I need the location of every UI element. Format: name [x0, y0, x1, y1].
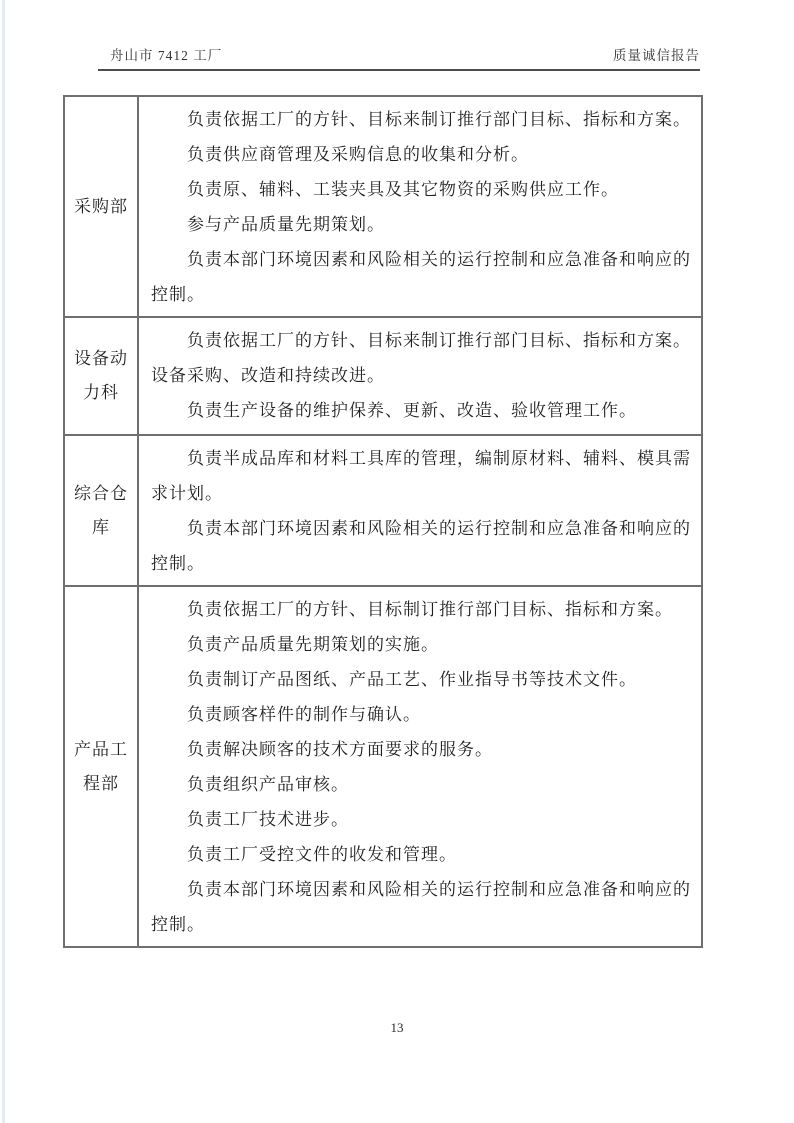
page-number: 13: [391, 1020, 404, 1035]
duty-paragraph: 负责依据工厂的方针、目标制订推行部门目标、指标和方案。: [151, 592, 696, 627]
page-footer: 13: [0, 1020, 794, 1036]
department-label: 综合仓库: [70, 477, 132, 545]
responsibilities-table: 采购部 负责依据工厂的方针、目标来制订推行部门目标、指标和方案。负责供应商管理及…: [63, 95, 703, 948]
department-cell: 综合仓库: [65, 436, 139, 585]
duty-paragraph: 负责工厂技术进步。: [151, 802, 696, 837]
duties-cell: 负责依据工厂的方针、目标来制订推行部门目标、指标和方案。设备采购、改造和持续改进…: [139, 318, 701, 434]
duties-cell: 负责依据工厂的方针、目标来制订推行部门目标、指标和方案。负责供应商管理及采购信息…: [139, 97, 701, 316]
department-cell: 产品工程部: [65, 587, 139, 946]
department-cell: 采购部: [65, 97, 139, 316]
duty-paragraph: 负责顾客样件的制作与确认。: [151, 697, 696, 732]
duty-paragraph: 负责原、辅料、工装夹具及其它物资的采购供应工作。: [151, 172, 696, 207]
duty-paragraph: 参与产品质量先期策划。: [151, 207, 696, 242]
header-factory-name: 舟山市 7412 工厂: [98, 44, 222, 64]
department-label: 产品工程部: [70, 733, 132, 801]
duty-paragraph: 负责本部门环境因素和风险相关的运行控制和应急准备和响应的控制。: [151, 242, 696, 312]
page-header: 舟山市 7412 工厂 质量诚信报告: [98, 44, 700, 71]
duty-paragraph: 负责组织产品审核。: [151, 767, 696, 802]
duty-paragraph: 负责依据工厂的方针、目标来制订推行部门目标、指标和方案。: [151, 102, 696, 137]
duty-paragraph: 负责工厂受控文件的收发和管理。: [151, 837, 696, 872]
department-label: 设备动力科: [70, 342, 132, 410]
table-row: 综合仓库 负责半成品库和材料工具库的管理，编制原材料、辅料、模具需求计划。负责本…: [65, 434, 701, 585]
duty-paragraph: 负责制订产品图纸、产品工艺、作业指导书等技术文件。: [151, 662, 696, 697]
duties-cell: 负责半成品库和材料工具库的管理，编制原材料、辅料、模具需求计划。负责本部门环境因…: [139, 436, 701, 585]
duty-paragraph: 负责半成品库和材料工具库的管理，编制原材料、辅料、模具需求计划。: [151, 441, 696, 511]
department-label: 采购部: [74, 190, 128, 224]
scan-edge-artifact: [2, 0, 5, 1123]
department-cell: 设备动力科: [65, 318, 139, 434]
duty-paragraph: 负责本部门环境因素和风险相关的运行控制和应急准备和响应的控制。: [151, 511, 696, 581]
table-row: 设备动力科 负责依据工厂的方针、目标来制订推行部门目标、指标和方案。设备采购、改…: [65, 316, 701, 434]
document-page: 舟山市 7412 工厂 质量诚信报告 采购部 负责依据工厂的方针、目标来制订推行…: [0, 0, 794, 1123]
table-row: 产品工程部 负责依据工厂的方针、目标制订推行部门目标、指标和方案。负责产品质量先…: [65, 585, 701, 946]
duty-paragraph: 负责生产设备的维护保养、更新、改造、验收管理工作。: [151, 393, 696, 428]
duties-cell: 负责依据工厂的方针、目标制订推行部门目标、指标和方案。负责产品质量先期策划的实施…: [139, 587, 701, 946]
duty-paragraph: 负责解决顾客的技术方面要求的服务。: [151, 732, 696, 767]
duty-paragraph: 负责供应商管理及采购信息的收集和分析。: [151, 137, 696, 172]
duty-paragraph: 负责依据工厂的方针、目标来制订推行部门目标、指标和方案。设备采购、改造和持续改进…: [151, 323, 696, 393]
header-report-title: 质量诚信报告: [613, 44, 700, 64]
table-row: 采购部 负责依据工厂的方针、目标来制订推行部门目标、指标和方案。负责供应商管理及…: [65, 97, 701, 316]
duty-paragraph: 负责本部门环境因素和风险相关的运行控制和应急准备和响应的控制。: [151, 872, 696, 942]
duty-paragraph: 负责产品质量先期策划的实施。: [151, 627, 696, 662]
